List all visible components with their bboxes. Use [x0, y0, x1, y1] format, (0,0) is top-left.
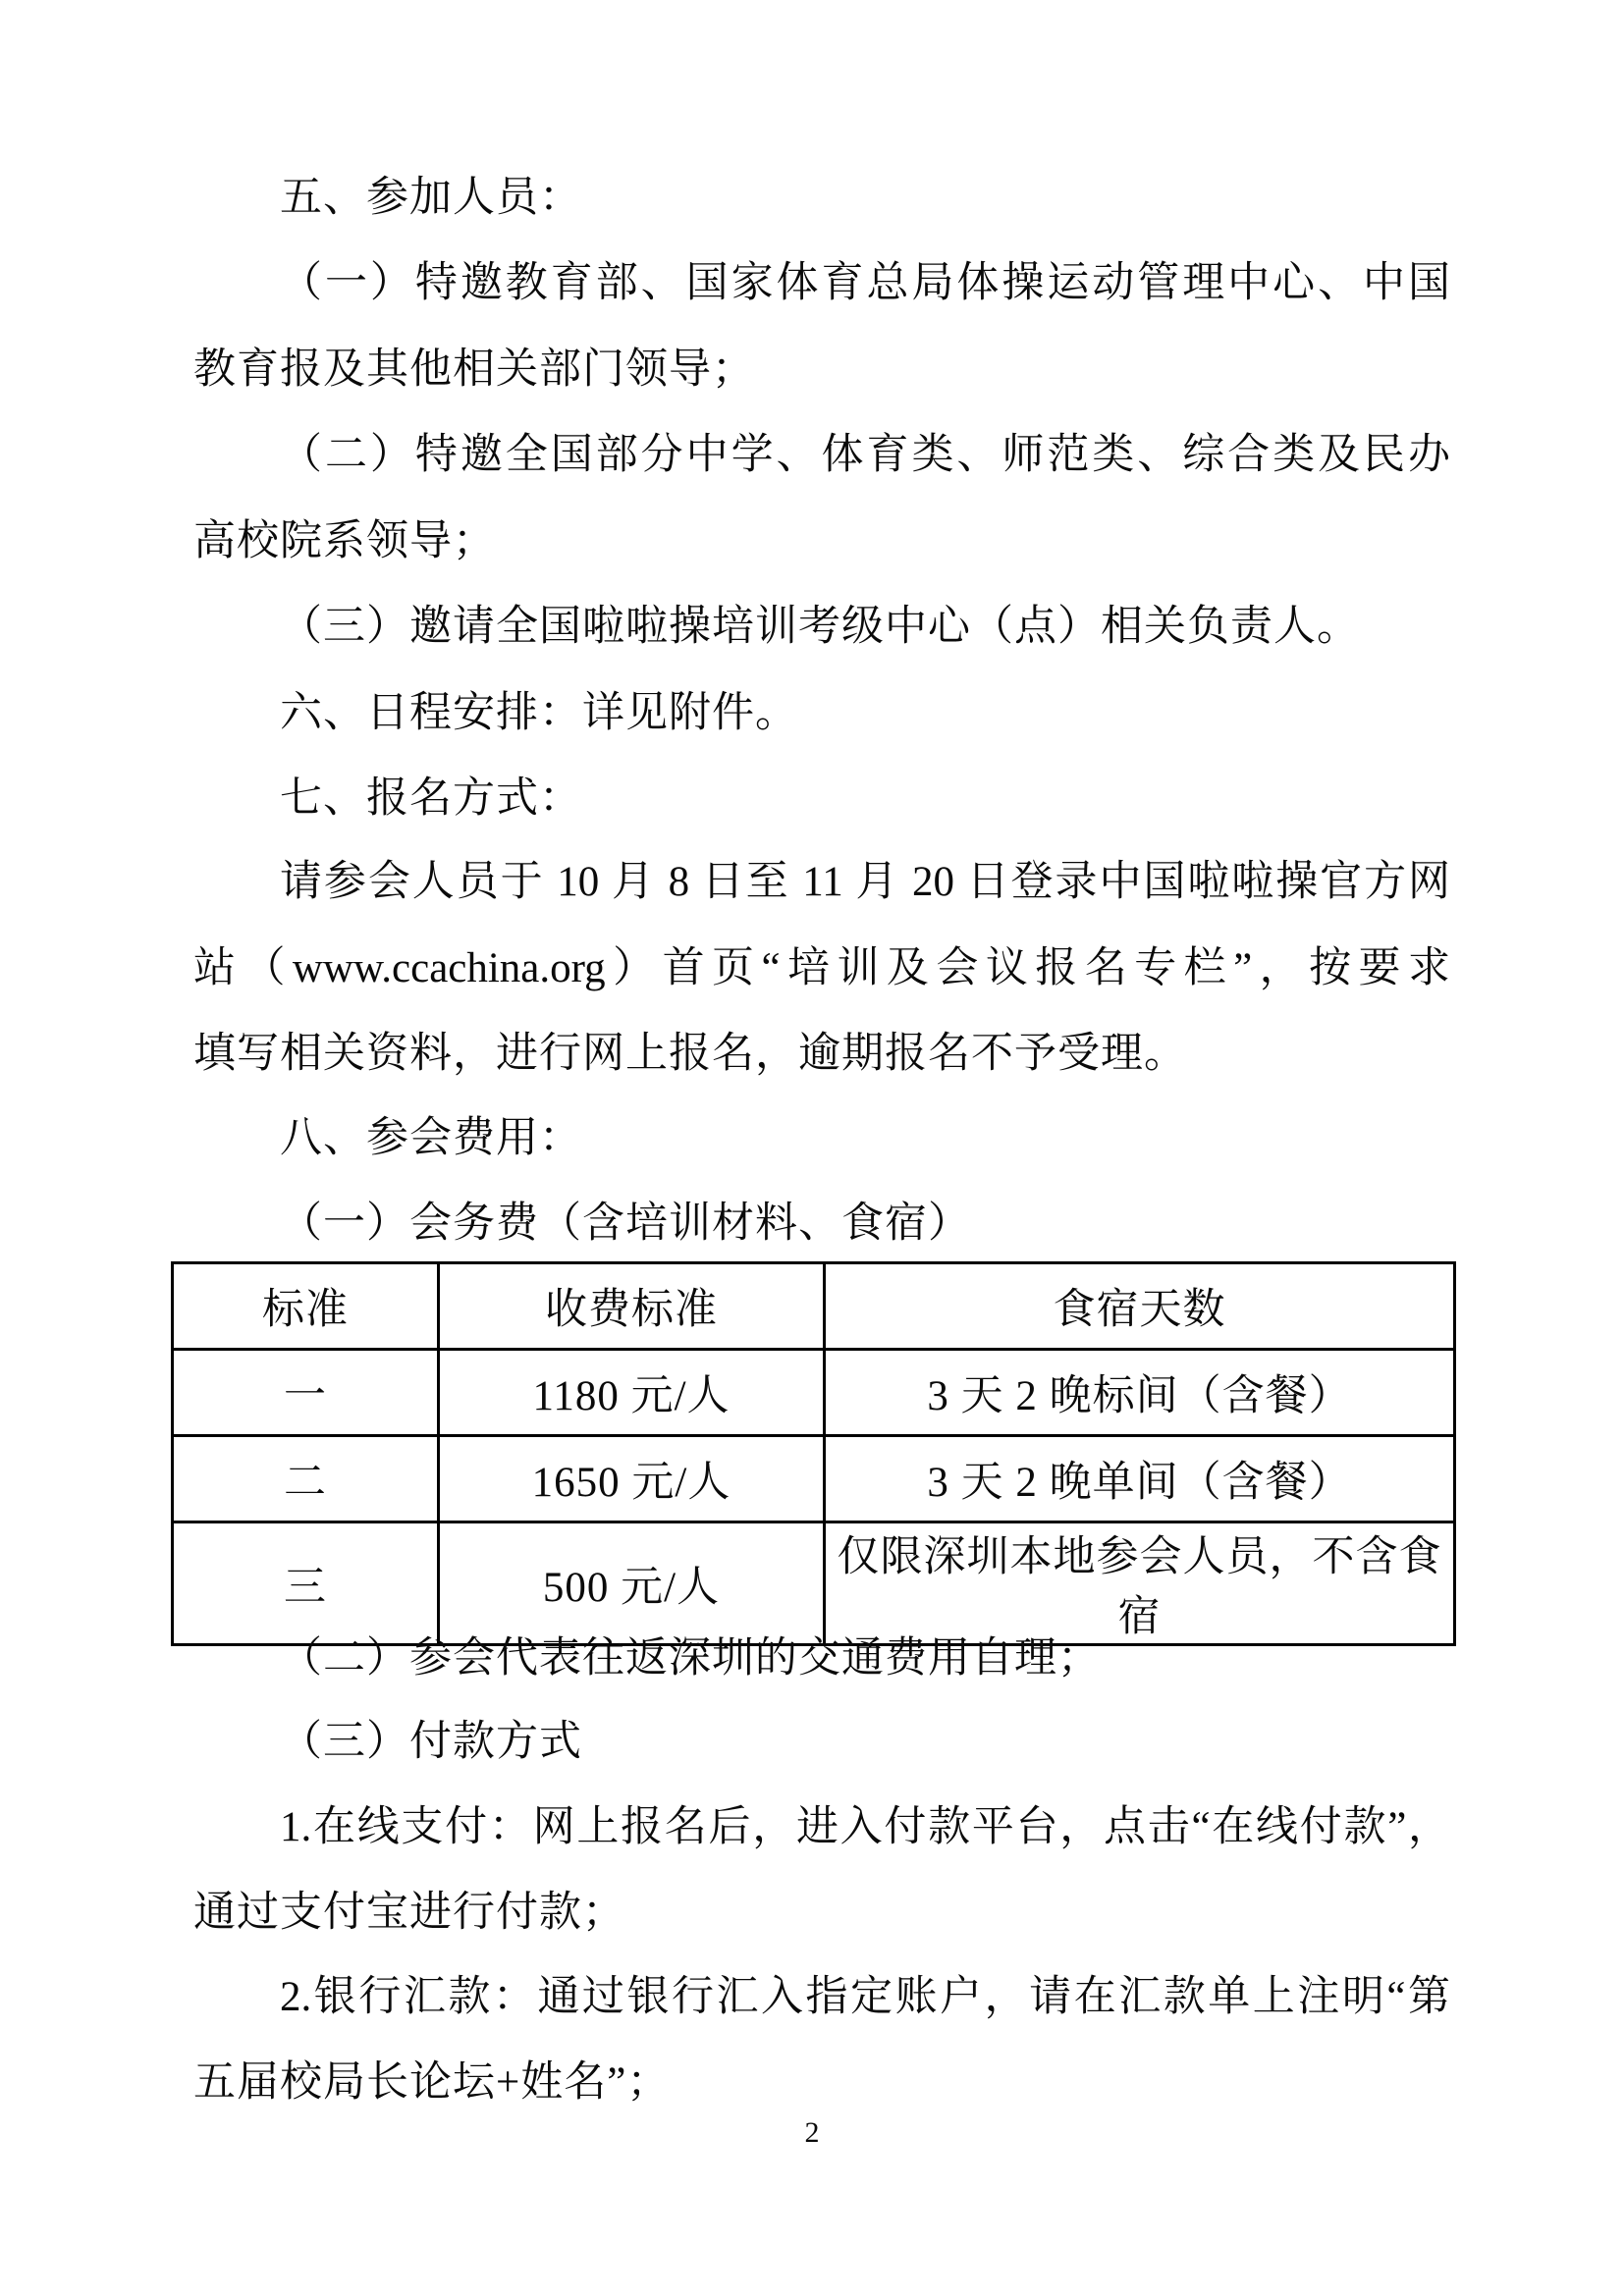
header-cell-standard: 标准: [173, 1263, 439, 1350]
fee-table-row-1: 一 1180 元/人 3 天 2 晚标间（含餐）: [173, 1350, 1455, 1436]
payment-method-2-line2: 五届校局长论坛+姓名”；: [193, 2056, 1450, 2109]
payment-method-1-line1: 1.在线支付：网上报名后，进入付款平台，点击“在线付款”，: [193, 1801, 1450, 1854]
payment-method-1-line2: 通过支付宝进行付款；: [193, 1887, 1450, 1940]
payment-method-2-line1: 2.银行汇款：通过银行汇入指定账户，请在汇款单上注明“第: [193, 1971, 1450, 2024]
row1-standard: 一: [173, 1350, 439, 1436]
document-page: 五、参加人员： （一）特邀教育部、国家体育总局体操运动管理中心、中国 教育报及其…: [0, 0, 1624, 2296]
section8-item2: （二）参会代表往返深圳的交通费用自理；: [193, 1632, 1450, 1685]
section5-heading: 五、参加人员：: [193, 172, 1450, 225]
row3-standard: 三: [173, 1522, 439, 1645]
row1-fee: 1180 元/人: [439, 1350, 825, 1436]
section8-heading: 八、参会费用：: [193, 1112, 1450, 1165]
section5-item1-line2: 教育报及其他相关部门领导；: [193, 344, 1450, 397]
row3-accommodation: 仅限深圳本地参会人员，不含食宿: [825, 1522, 1455, 1645]
row2-standard: 二: [173, 1436, 439, 1522]
section8-item1: （一）会务费（含培训材料、食宿）: [193, 1198, 1450, 1251]
fee-table-row-2: 二 1650 元/人 3 天 2 晚单间（含餐）: [173, 1436, 1455, 1522]
fee-table-row-3: 三 500 元/人 仅限深圳本地参会人员，不含食宿: [173, 1522, 1455, 1645]
row3-fee: 500 元/人: [439, 1522, 825, 1645]
row1-accommodation: 3 天 2 晚标间（含餐）: [825, 1350, 1455, 1436]
section7-body-line1: 请参会人员于 10 月 8 日至 11 月 20 日登录中国啦啦操官方网: [193, 856, 1450, 909]
section5-item2-line1: （二）特邀全国部分中学、体育类、师范类、综合类及民办: [193, 429, 1450, 482]
section5-item3: （三）邀请全国啦啦操培训考级中心（点）相关负责人。: [193, 601, 1450, 654]
section7-body-line2: 站（www.ccachina.org）首页“培训及会议报名专栏”，按要求: [193, 942, 1450, 995]
section6-heading: 六、日程安排：详见附件。: [193, 687, 1450, 740]
header-cell-accommodation: 食宿天数: [825, 1263, 1455, 1350]
header-cell-fee: 收费标准: [439, 1263, 825, 1350]
fee-table: 标准 收费标准 食宿天数 一 1180 元/人 3 天 2 晚标间（含餐） 二 …: [171, 1261, 1456, 1646]
section7-heading: 七、报名方式：: [193, 773, 1450, 826]
section7-body-line3: 填写相关资料，进行网上报名，逾期报名不予受理。: [193, 1028, 1450, 1081]
page-number: 2: [0, 2116, 1624, 2150]
fee-table-header-row: 标准 收费标准 食宿天数: [173, 1263, 1455, 1350]
section5-item2-line2: 高校院系领导；: [193, 515, 1450, 568]
section8-item3-heading: （三）付款方式: [193, 1716, 1450, 1769]
section5-item1-line1: （一）特邀教育部、国家体育总局体操运动管理中心、中国: [193, 257, 1450, 310]
row2-fee: 1650 元/人: [439, 1436, 825, 1522]
row2-accommodation: 3 天 2 晚单间（含餐）: [825, 1436, 1455, 1522]
